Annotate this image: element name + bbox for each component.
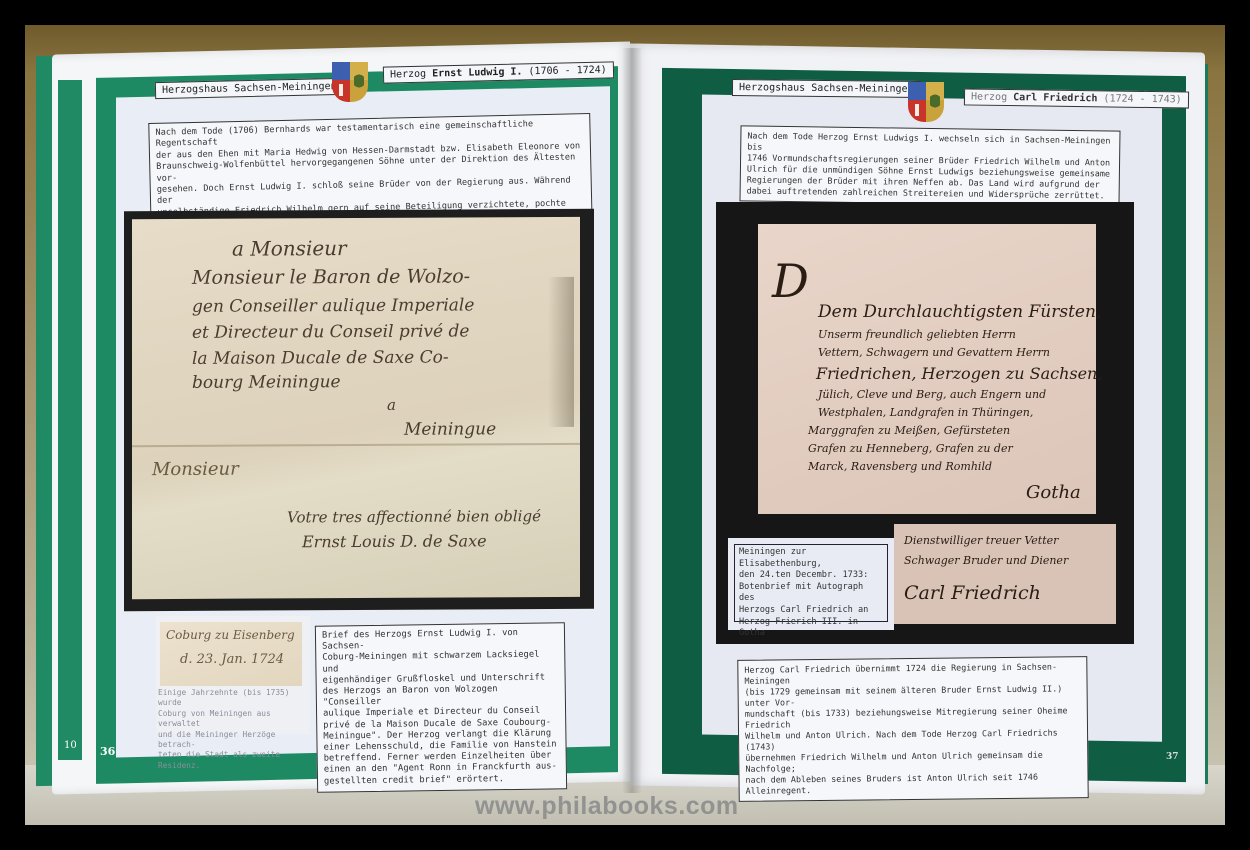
ruler-prefix: Herzog xyxy=(390,69,432,81)
script-line: bourg Meiningue xyxy=(192,372,341,393)
caption-line: Botenbrief mit Autograph des xyxy=(739,582,883,605)
autograph-signature: Carl Friedrich xyxy=(904,582,1041,604)
autograph-fragment: Dienstwilliger treuer Vetter Schwager Br… xyxy=(894,524,1116,624)
description-line: des Herzogs an Baron von Wolzogen "Conse… xyxy=(323,683,559,709)
script-line: la Maison Ducale de Saxe Co- xyxy=(192,348,449,369)
signature-photo-caption: Einige Jahrzehnte (bis 1735) wurde Cobur… xyxy=(158,688,308,771)
underlying-page-edge xyxy=(58,80,82,760)
autograph-caption: Meiningen zur Elisabethenburg, den 24.te… xyxy=(728,538,894,630)
caption-line: Meiningen zur Elisabethenburg, xyxy=(739,547,883,570)
letter-description-left: Brief des Herzogs Ernst Ludwig I. von Sa… xyxy=(315,622,567,792)
script-line: Dem Durchlauchtigsten Fürsten, xyxy=(818,302,1101,322)
caption-line: und die Meininger Herzöge betrach- xyxy=(158,730,308,751)
ruler-dates: (1724 - 1743) xyxy=(1097,93,1181,105)
letter-fold xyxy=(132,443,580,447)
script-line: a xyxy=(387,396,396,414)
book-spine xyxy=(622,48,642,793)
letter-mount-left: a Monsieur Monsieur le Baron de Wolzo- g… xyxy=(124,209,594,611)
script-line: Unserm freundlich geliebten Herrn xyxy=(818,328,1016,341)
script-line: Gotha xyxy=(1026,482,1081,503)
caption-line: Coburg von Meiningen aus verwaltet xyxy=(158,709,308,730)
script-line: Meiningue xyxy=(404,419,496,439)
script-line: gen Conseiller aulique Imperiale xyxy=(192,295,474,316)
house-label-right: Herzogshaus Sachsen-Meiningen xyxy=(732,79,921,98)
script-line: Grafen zu Henneberg, Grafen zu der xyxy=(808,442,1013,455)
watermark: www.philabooks.com xyxy=(475,792,739,821)
ruler-name: Ernst Ludwig I. xyxy=(432,66,523,79)
underlying-page-number: 10 xyxy=(64,740,77,751)
caption-line: den 24.ten Decembr. 1733: xyxy=(739,570,883,582)
script-line: Jülich, Cleve und Berg, auch Engern und xyxy=(818,388,1046,401)
script-line: Ernst Louis D. de Saxe xyxy=(302,531,487,551)
script-line: Vettern, Schwagern und Gevattern Herrn xyxy=(818,346,1050,359)
signature-photo: Coburg zu Eisenberg d. 23. Jan. 1724 xyxy=(160,622,302,686)
description-line: Coburg-Meiningen mit schwarzem Lacksiege… xyxy=(322,650,558,676)
signature-script: d. 23. Jan. 1724 xyxy=(180,652,284,667)
script-line: Friedrichen, Herzogen zu Sachsen, xyxy=(816,364,1102,383)
description-line: Brief des Herzogs Ernst Ludwig I. von Sa… xyxy=(322,627,558,653)
left-page-number: 36 xyxy=(100,745,115,758)
caption-line: teten die Stadt als zweite Residenz. xyxy=(158,750,308,771)
autograph-line: Dienstwilliger treuer Vetter xyxy=(904,534,1058,547)
bottom-line: nach dem Ableben seines Bruders ist Anto… xyxy=(745,771,1081,797)
coat-of-arms-icon xyxy=(332,62,368,102)
bottom-text-right: Herzog Carl Friedrich übernimmt 1724 die… xyxy=(737,656,1088,802)
autograph-line: Schwager Bruder und Diener xyxy=(904,554,1068,567)
decorative-initial: D xyxy=(772,254,809,308)
caption-line: Einige Jahrzehnte (bis 1735) wurde xyxy=(158,688,308,709)
signature-photo-block: Coburg zu Eisenberg d. 23. Jan. 1724 Ein… xyxy=(156,616,310,734)
intro-text-right: Nach dem Tode Herzog Ernst Ludwigs I. we… xyxy=(739,125,1120,206)
script-line: Marck, Ravensberg und Romhild xyxy=(808,460,992,473)
script-line: Westphalen, Landgrafen in Thüringen, xyxy=(818,406,1033,419)
script-line: a Monsieur xyxy=(232,236,347,261)
script-line: Marggrafen zu Meißen, Gefürsteten xyxy=(808,424,1010,437)
script-line: Monsieur le Baron de Wolzo- xyxy=(192,265,470,288)
ruler-label-right: Herzog Carl Friedrich (1724 - 1743) xyxy=(964,88,1189,108)
description-line: gestellten credit brief" erörtert. xyxy=(324,773,560,787)
letter-stain xyxy=(548,277,574,427)
caption-line: Herzogs Carl Friedrich an xyxy=(739,605,883,617)
coat-of-arms-icon xyxy=(908,82,944,122)
historic-letter-ernst-ludwig: a Monsieur Monsieur le Baron de Wolzo- g… xyxy=(132,217,580,599)
ruler-name: Carl Friedrich xyxy=(1013,92,1097,104)
script-line: Monsieur xyxy=(152,459,239,480)
ruler-dates: (1706 - 1724) xyxy=(522,65,607,78)
signature-script: Coburg zu Eisenberg xyxy=(166,628,295,642)
caption-line: Herzog Frierich III. in Gotha xyxy=(739,617,883,640)
ruler-prefix: Herzog xyxy=(971,92,1013,104)
script-line: Votre tres affectionné bien obligé xyxy=(287,507,541,526)
script-line: et Directeur du Conseil privé de xyxy=(192,321,469,342)
historic-letter-carl-friedrich: D Dem Durchlauchtigsten Fürsten, Unserm … xyxy=(758,224,1096,514)
right-page-number: 37 xyxy=(1166,752,1179,762)
